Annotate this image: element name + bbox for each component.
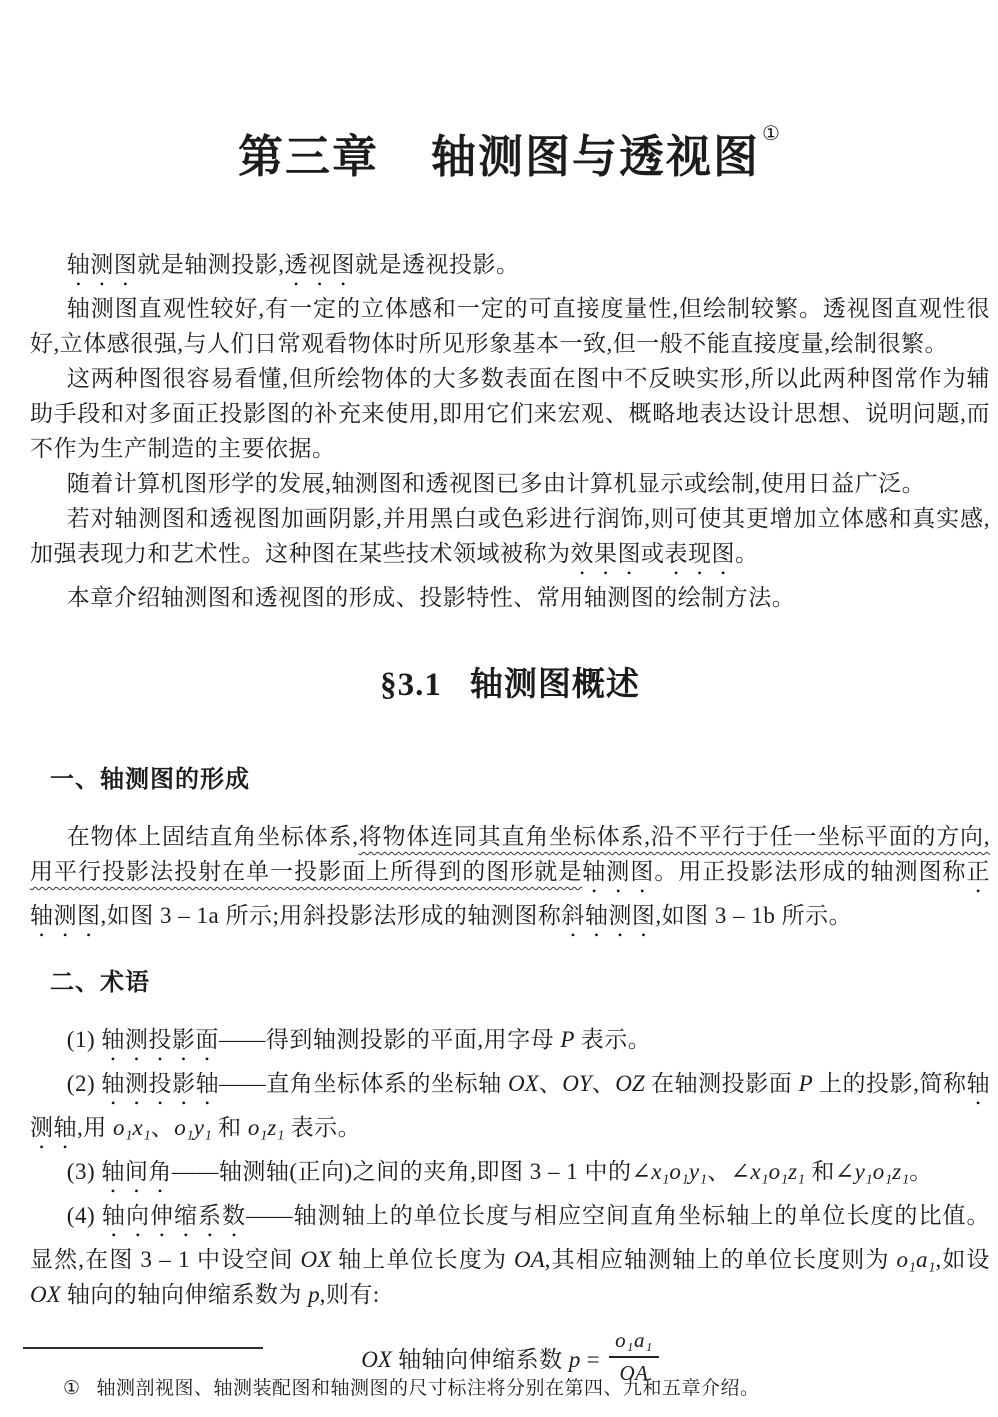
text-segment: o₁a₁ <box>896 1247 935 1272</box>
text-segment: (2) <box>67 1071 102 1096</box>
text-segment: ——直角坐标体系的坐标轴 <box>219 1071 508 1096</box>
text-segment: 就是透视投影。 <box>355 252 520 277</box>
text-segment: 、∠ <box>707 1159 750 1184</box>
intro-paragraph-2: 轴测图直观性较好,有一定的立体感和一定的可直接度量性,但绘制较繁。透视图直观性很… <box>30 291 990 361</box>
text-segment: 。 <box>909 1159 933 1184</box>
text-segment: OX <box>301 1247 332 1272</box>
text-segment: 斜轴测图 <box>561 903 655 928</box>
text-segment: o₁z₁ <box>248 1115 284 1140</box>
text-segment: 就是轴测投影, <box>137 252 284 277</box>
text-segment: ,如图 3 – 1b 所示。 <box>655 903 852 928</box>
text-segment: 轴测投影轴 <box>101 1071 219 1096</box>
text-segment: 轴测图 <box>67 252 138 277</box>
book-page: 第三章轴测图与透视图① 轴测图就是轴测投影,透视图就是透视投影。 轴测图直观性较… <box>0 0 998 1417</box>
subsection-1-heading: 一、轴测图的形成 <box>50 765 990 795</box>
intro-paragraph-3: 这两种图很容易看懂,但所绘物体的大多数表面在图中不反映实形,所以此两种图常作为辅… <box>30 361 990 466</box>
text-segment: OX <box>508 1071 539 1096</box>
text-segment: (3) <box>67 1159 102 1184</box>
text-segment: 表现图 <box>665 541 736 566</box>
text-segment: ,如图 3 – 1a 所示;用斜投影法形成的轴测图称 <box>101 903 562 928</box>
terms-list: (1) 轴测投影面——得到轴测投影的平面,用字母 P 表示。 (2) 轴测投影轴… <box>30 1022 990 1312</box>
section-name: 轴测图概述 <box>470 667 640 703</box>
text-segment: 轴测图 <box>582 859 654 884</box>
text-segment: 。用正投影法形成的轴测图称 <box>654 859 966 884</box>
footnote-mark: ① <box>63 1378 81 1399</box>
chapter-number: 第三章 <box>238 131 379 182</box>
text-segment: 轴间角 <box>101 1159 172 1184</box>
text-segment: 和 <box>212 1115 248 1140</box>
text-segment: (4) <box>67 1203 102 1228</box>
term-item-4: (4) 轴向伸缩系数——轴测轴上的单位长度与相应空间直角坐标轴上的单位长度的比值… <box>30 1198 990 1312</box>
footnote-area: ①轴测剖视图、轴测装配图和轴测图的尺寸标注将分别在第四、九和五章介绍。 <box>30 1347 970 1400</box>
text-segment: x₁o₁y₁ <box>651 1159 707 1184</box>
text-segment: 和∠ <box>805 1159 855 1184</box>
text-segment: OZ <box>615 1071 644 1096</box>
footnote-divider <box>23 1347 263 1349</box>
subsection-2-heading: 二、术语 <box>50 968 990 998</box>
text-segment: 。 <box>735 541 759 566</box>
text-segment: 若对轴测图和透视图加画阴影,并用黑白或色彩进行润饰,则可使其更增加立体感和真实感… <box>30 506 990 566</box>
text-segment: 轴测投影面 <box>101 1027 219 1052</box>
text-segment: OX <box>30 1282 61 1307</box>
text-segment: ,如设 <box>935 1247 990 1272</box>
footnote-text-line: ①轴测剖视图、轴测装配图和轴测图的尺寸标注将分别在第四、九和五章介绍。 <box>30 1347 970 1400</box>
subsection-1-paragraph: 在物体上固结直角坐标体系,将物体连同其直角坐标体系,沿不平行于任一坐标平面的方向… <box>30 819 990 942</box>
text-segment: P <box>799 1071 813 1096</box>
text-segment: y₁o₁z₁ <box>855 1159 910 1184</box>
text-segment: 本章介绍轴测图和透视图的形成、投影特性、常用轴测图的绘制方法。 <box>67 585 796 610</box>
text-segment: OY <box>562 1071 591 1096</box>
text-segment: 上的投影,简称 <box>813 1071 967 1096</box>
chapter-title: 第三章轴测图与透视图① <box>30 122 990 185</box>
term-item-3: (3) 轴间角——轴测轴(正向)之间的夹角,即图 3 – 1 中的∠x₁o₁y₁… <box>30 1154 990 1198</box>
text-segment: 、 <box>592 1071 616 1096</box>
section-title: §3.1轴测图概述 <box>30 661 990 709</box>
text-segment: 在轴测投影面 <box>645 1071 799 1096</box>
text-segment: 轴向伸缩系数 <box>102 1203 246 1228</box>
text-segment: (1) <box>67 1027 102 1052</box>
term-item-1: (1) 轴测投影面——得到轴测投影的平面,用字母 P 表示。 <box>30 1022 990 1066</box>
text-segment: P <box>560 1027 574 1052</box>
text-segment: 表示。 <box>284 1115 361 1140</box>
term-item-2: (2) 轴测投影轴——直角坐标体系的坐标轴 OX、OY、OZ 在轴测投影面 P … <box>30 1066 990 1154</box>
text-segment: 或 <box>641 541 665 566</box>
text-segment: 轴向的轴向伸缩系数为 <box>61 1282 309 1307</box>
text-segment: p <box>308 1282 320 1307</box>
text-segment: 这两种图很容易看懂,但所绘物体的大多数表面在图中不反映实形,所以此两种图常作为辅… <box>30 366 990 461</box>
text-segment: 透视图 <box>285 252 356 277</box>
intro-paragraph-6: 本章介绍轴测图和透视图的形成、投影特性、常用轴测图的绘制方法。 <box>30 580 990 615</box>
text-segment: 轴上单位长度为 <box>331 1247 514 1272</box>
text-segment: 表示。 <box>574 1027 651 1052</box>
text-segment: 、 <box>151 1115 175 1140</box>
text-segment: ,则有: <box>320 1282 380 1307</box>
page-content: 第三章轴测图与透视图① 轴测图就是轴测投影,透视图就是透视投影。 轴测图直观性较… <box>30 0 990 1386</box>
intro-paragraph-5: 若对轴测图和透视图加画阴影,并用黑白或色彩进行润饰,则可使其更增加立体感和真实感… <box>30 501 990 580</box>
intro-paragraph-4: 随着计算机图形学的发展,轴测图和透视图已多由计算机显示或绘制,使用日益广泛。 <box>30 466 990 501</box>
text-segment: ——得到轴测投影的平面,用字母 <box>219 1027 561 1052</box>
text-segment: o₁x₁ <box>113 1115 151 1140</box>
text-segment: ,其相应轴测轴上的单位长度则为 <box>545 1247 897 1272</box>
chapter-name: 轴测图与透视图 <box>431 131 760 182</box>
chapter-footnote-ref: ① <box>762 123 782 145</box>
intro-block: 轴测图就是轴测投影,透视图就是透视投影。 轴测图直观性较好,有一定的立体感和一定… <box>30 247 990 615</box>
text-segment: 、 <box>539 1071 563 1096</box>
text-segment: ——轴测轴(正向)之间的夹角,即图 3 – 1 中的∠ <box>172 1159 651 1184</box>
section-number: §3.1 <box>380 667 442 703</box>
text-segment: OA <box>514 1247 545 1272</box>
text-segment: ,用 <box>77 1115 113 1140</box>
text-segment: 效果图 <box>571 541 642 566</box>
text-segment: o₁y₁ <box>174 1115 212 1140</box>
footnote-text: 轴测剖视图、轴测装配图和轴测图的尺寸标注将分别在第四、九和五章介绍。 <box>97 1378 760 1399</box>
text-segment: 轴测图直观性较好,有一定的立体感和一定的可直接度量性,但绘制较繁。透视图直观性很… <box>30 296 990 356</box>
text-segment: x₁o₁z₁ <box>750 1159 805 1184</box>
text-segment: 在物体上固结直角坐标体系, <box>67 824 359 849</box>
intro-paragraph-1: 轴测图就是轴测投影,透视图就是透视投影。 <box>30 247 990 291</box>
text-segment: 随着计算机图形学的发展,轴测图和透视图已多由计算机显示或绘制,使用日益广泛。 <box>67 471 926 496</box>
